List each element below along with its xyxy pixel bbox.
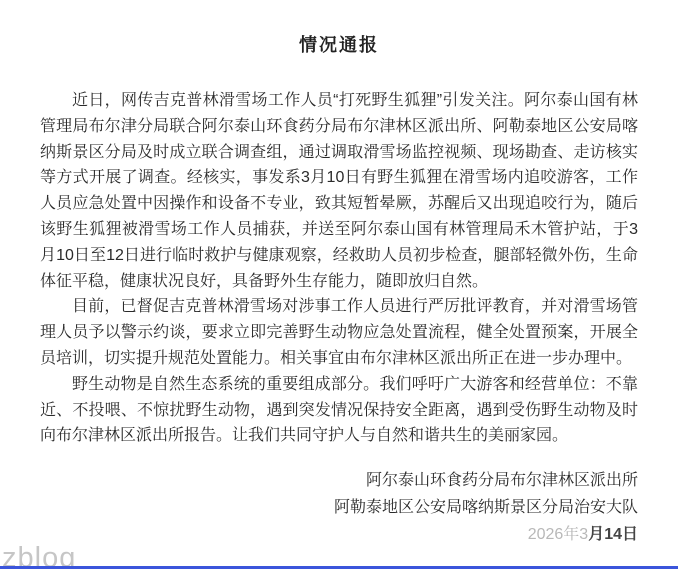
signature-line-2: 阿勒泰地区公安局喀纳斯景区分局治安大队 <box>40 494 638 521</box>
page-title: 情况通报 <box>0 0 678 58</box>
paragraph-3: 野生动物是自然生态系统的重要组成部分。我们呼吁广大游客和经营单位：不靠近、不投喂… <box>40 372 638 449</box>
date-year-part: 2026年3 <box>528 526 589 543</box>
paragraph-2: 目前，已督促吉克普林滑雪场对涉事工作人员进行严厉批评教育，并对滑雪场管理人员予以… <box>40 294 638 371</box>
date-day-part: 月14日 <box>588 526 638 543</box>
signature-line-1: 阿尔泰山环食药分局布尔津林区派出所 <box>40 467 638 494</box>
date-line: 2026年3月14日 <box>40 521 638 548</box>
paragraph-1: 近日，网传吉克普林滑雪场工作人员“打死野生狐狸”引发关注。阿尔泰山国有林管理局布… <box>40 88 638 294</box>
zblog-watermark: zblog <box>2 542 76 569</box>
signature-block: 阿尔泰山环食药分局布尔津林区派出所 阿勒泰地区公安局喀纳斯景区分局治安大队 <box>40 467 638 521</box>
notice-body: 近日，网传吉克普林滑雪场工作人员“打死野生狐狸”引发关注。阿尔泰山国有林管理局布… <box>40 88 638 449</box>
notice-page: 情况通报 近日，网传吉克普林滑雪场工作人员“打死野生狐狸”引发关注。阿尔泰山国有… <box>0 0 678 569</box>
